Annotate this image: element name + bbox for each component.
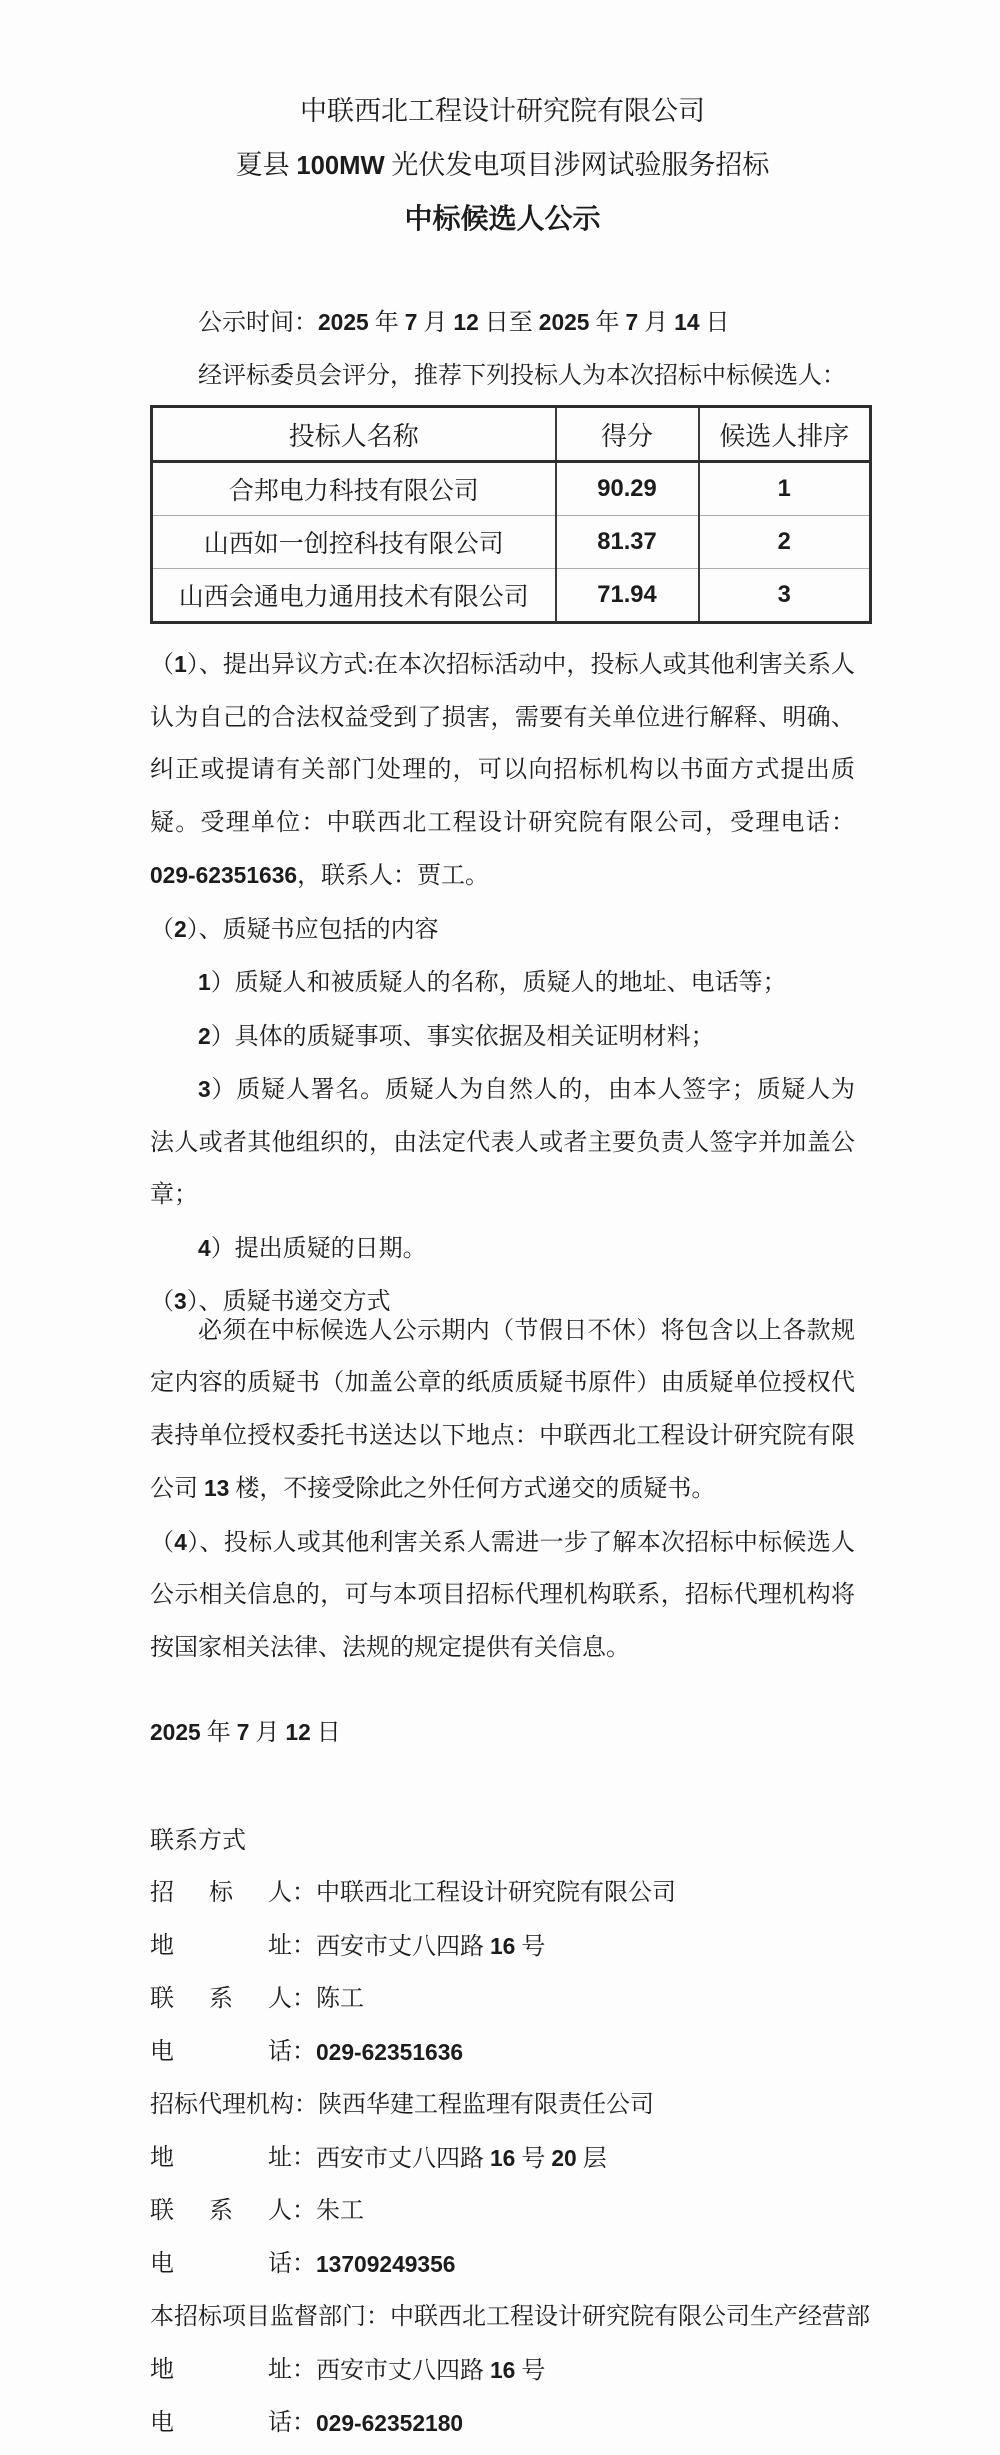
contact-label: 本招标项目监督部门 [150, 2291, 366, 2344]
query-delivery-paragraph: 必须在中标候选人公示期内（节假日不休）将包含以上各款规定内容的质疑书（加盖公章的… [150, 1305, 855, 1516]
contact-colon: ： [294, 2079, 318, 2132]
contact-row: 招标代理机构：陕西华建工程监理有限责任公司 [150, 2079, 855, 2132]
query-item: 2）具体的质疑事项、事实依据及相关证明材料； [150, 1010, 855, 1064]
publicity-period-line: 公示时间：2025 年 7 月 12 日至 2025 年 7 月 14 日 [150, 296, 855, 350]
contact-row: 联系人：陈工 [150, 1973, 855, 2026]
further-info-paragraph: （4）、投标人或其他利害关系人需进一步了解本次招标中标候选人公示相关信息的，可与… [150, 1516, 855, 1675]
contact-value: 029-62352180 [316, 2397, 463, 2451]
org-title: 中联西北工程设计研究院有限公司 [150, 84, 855, 138]
bidder-name-cell: 山西会通电力通用技术有限公司 [152, 569, 556, 623]
contact-row: 地址：西安市丈八四路 16 号 [150, 1920, 855, 1974]
query-item: 4）提出质疑的日期。 [150, 1222, 855, 1276]
table-row: 山西会通电力通用技术有限公司 71.94 3 [152, 569, 871, 623]
contact-row: 电话：029-62351636 [150, 2026, 855, 2080]
score-cell: 71.94 [556, 569, 699, 623]
contact-colon: ： [366, 2291, 390, 2344]
contact-value: 陈工 [316, 1973, 364, 2026]
contact-label: 联系人 [150, 2185, 292, 2238]
evaluation-note-line: 经评标委员会评分，推荐下列投标人为本次招标中标候选人： [150, 350, 855, 403]
document-page: 中联西北工程设计研究院有限公司 夏县 100MW 光伏发电项目涉网试验服务招标 … [150, 0, 855, 2451]
contact-label: 地址 [150, 2344, 292, 2398]
contact-value: 13709249356 [316, 2238, 455, 2292]
rank-cell: 2 [699, 516, 871, 569]
contact-colon: ： [292, 2344, 316, 2398]
bidder-name-header: 投标人名称 [152, 407, 556, 462]
contact-label: 招标代理机构 [150, 2079, 294, 2132]
rank-header: 候选人排序 [699, 407, 871, 462]
contact-value: 中联西北工程设计研究院有限公司生产经营部 [390, 2291, 870, 2344]
contact-row: 联系人：朱工 [150, 2185, 855, 2238]
table-row: 合邦电力科技有限公司 90.29 1 [152, 462, 871, 516]
contact-label: 电话 [150, 2026, 292, 2080]
score-header: 得分 [556, 407, 699, 462]
contact-colon: ： [292, 2026, 316, 2080]
contact-colon: ： [292, 2132, 316, 2186]
contact-value: 朱工 [316, 2185, 364, 2238]
query-item: 1）质疑人和被质疑人的名称，质疑人的地址、电话等； [150, 956, 855, 1010]
contact-row: 地址：西安市丈八四路 16 号 [150, 2344, 855, 2398]
contact-value: 西安市丈八四路 16 号 20 层 [316, 2132, 607, 2186]
candidates-table: 投标人名称 得分 候选人排序 合邦电力科技有限公司 90.29 1 山西如一创控… [150, 405, 872, 624]
objection-method-paragraph: （1）、提出异议方式:在本次招标活动中，投标人或其他利害关系人认为自己的合法权益… [150, 638, 855, 903]
contact-colon: ： [292, 2238, 316, 2292]
contact-row: 招标人：中联西北工程设计研究院有限公司 [150, 1867, 855, 1920]
score-cell: 90.29 [556, 462, 699, 516]
contact-row: 本招标项目监督部门：中联西北工程设计研究院有限公司生产经营部 [150, 2291, 855, 2344]
query-item: 3）质疑人署名。质疑人为自然人的，由本人签字；质疑人为法人或者其他组织的，由法定… [150, 1063, 855, 1222]
contact-label: 地址 [150, 2132, 292, 2186]
contact-value: 西安市丈八四路 16 号 [316, 1920, 545, 1974]
contact-row: 电话：13709249356 [150, 2238, 855, 2292]
rank-cell: 1 [699, 462, 871, 516]
contact-label: 联系人 [150, 1973, 292, 2026]
contact-colon: ： [292, 1867, 316, 1920]
contact-colon: ： [292, 2185, 316, 2238]
contact-label: 招标人 [150, 1867, 292, 1920]
table-row: 山西如一创控科技有限公司 81.37 2 [152, 516, 871, 569]
announcement-date: 2025 年 7 月 12 日 [150, 1706, 855, 1760]
contact-value: 029-62351636 [316, 2026, 463, 2080]
contact-heading: 联系方式 [150, 1815, 855, 1868]
contact-label: 地址 [150, 1920, 292, 1974]
contact-label: 电话 [150, 2238, 292, 2292]
contact-colon: ： [292, 1973, 316, 2026]
score-cell: 81.37 [556, 516, 699, 569]
contact-colon: ： [292, 1920, 316, 1974]
rank-cell: 3 [699, 569, 871, 623]
contact-label: 电话 [150, 2397, 292, 2451]
contact-value: 中联西北工程设计研究院有限公司 [316, 1867, 676, 1920]
contact-row: 电话：029-62352180 [150, 2397, 855, 2451]
contact-colon: ： [292, 2397, 316, 2451]
query-content-heading: （2）、质疑书应包括的内容 [150, 903, 855, 957]
contact-list: 招标人：中联西北工程设计研究院有限公司 地址：西安市丈八四路 16 号 联系人：… [150, 1867, 855, 2451]
contact-value: 陕西华建工程监理有限责任公司 [318, 2079, 654, 2132]
project-title: 夏县 100MW 光伏发电项目涉网试验服务招标 [150, 138, 855, 193]
bidder-name-cell: 山西如一创控科技有限公司 [152, 516, 556, 569]
contact-value: 西安市丈八四路 16 号 [316, 2344, 545, 2398]
notice-title: 中标候选人公示 [150, 193, 855, 247]
table-header-row: 投标人名称 得分 候选人排序 [152, 407, 871, 462]
bidder-name-cell: 合邦电力科技有限公司 [152, 462, 556, 516]
contact-row: 地址：西安市丈八四路 16 号 20 层 [150, 2132, 855, 2186]
